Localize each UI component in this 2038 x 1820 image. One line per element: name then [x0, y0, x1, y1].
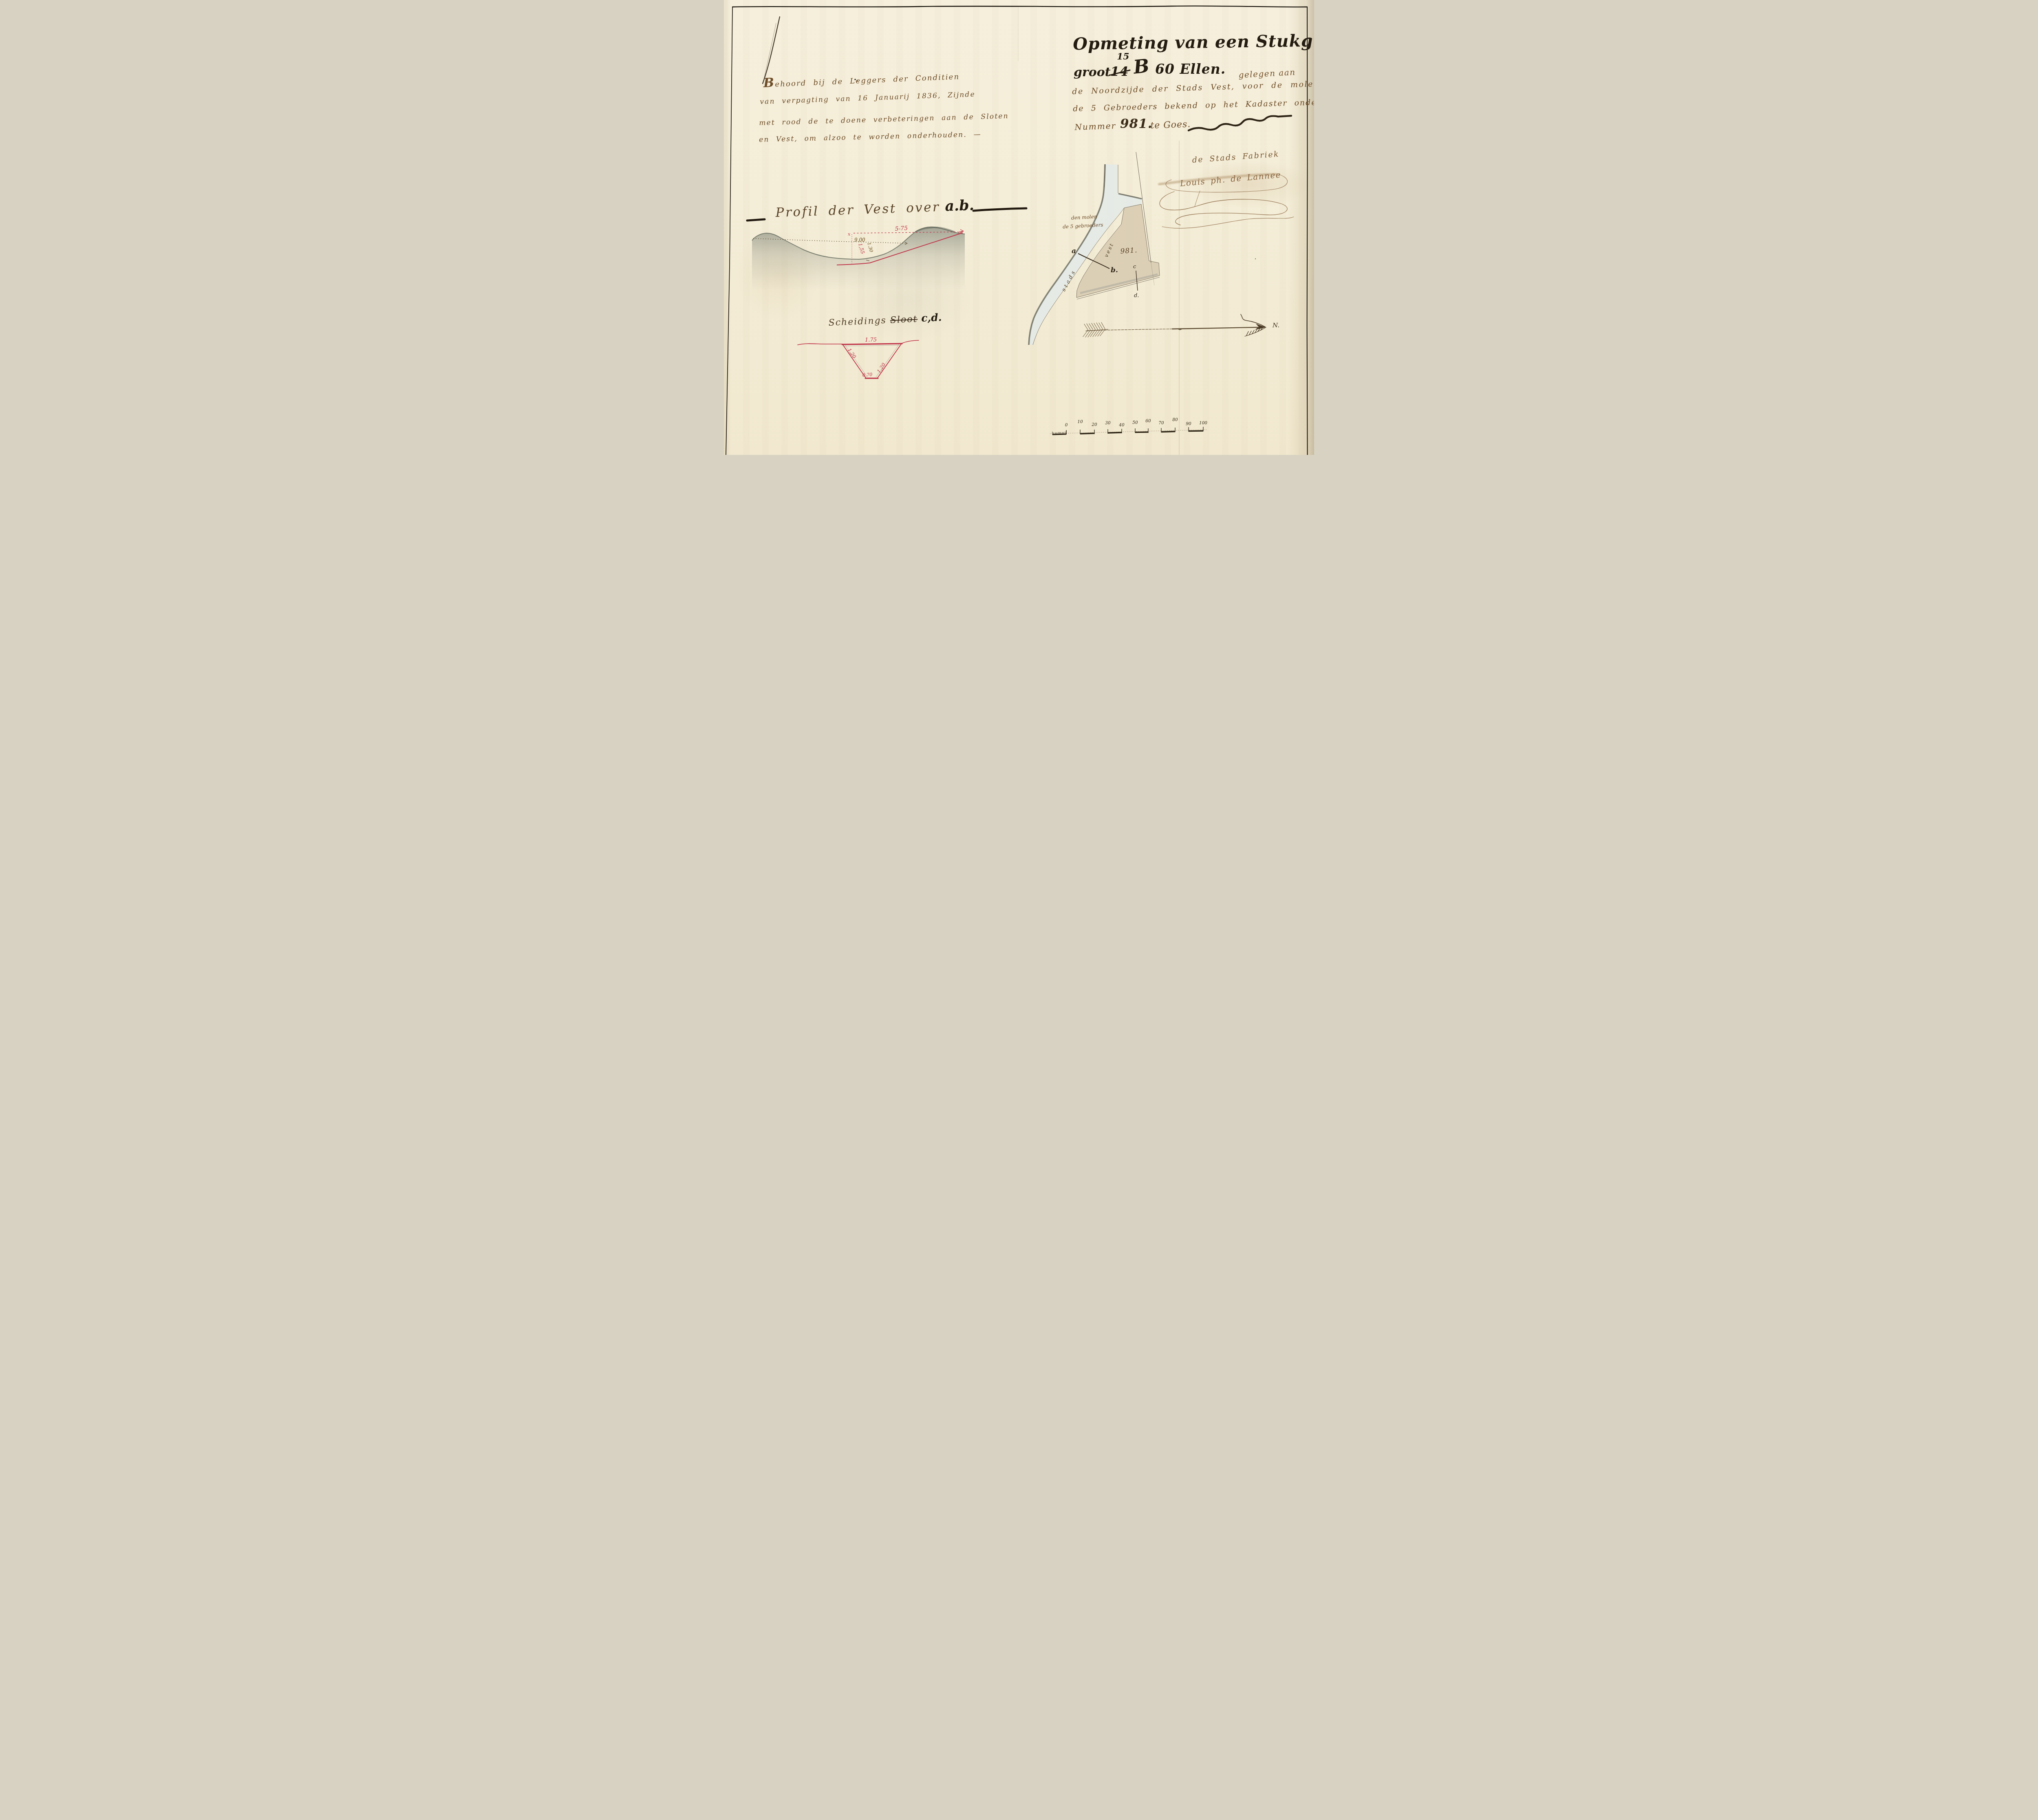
- title-area-unit-symbol: B: [1132, 55, 1150, 78]
- scale-label: 40: [1118, 423, 1125, 428]
- scale-bar-labels: 0 10 20 30 40 50 60 70 80 90 100: [1065, 417, 1208, 428]
- title-parcel-number: 981.: [1120, 117, 1153, 131]
- scale-bar: [1050, 427, 1207, 435]
- scale-label: 30: [1105, 421, 1111, 426]
- profile-depth-new-label: 1,55: [857, 243, 866, 255]
- sloot-right-side-label: 1,20: [876, 362, 887, 374]
- survey-document-page: 5-75 x 9.00 1.30 1,55 1.75 1,20 1,20 0.7…: [724, 0, 1314, 455]
- title-word-nummer: Nummer: [1074, 121, 1116, 132]
- sloot-left-side-label: 1,20: [847, 347, 858, 360]
- scale-label: 60: [1145, 419, 1151, 424]
- scale-label: 20: [1091, 422, 1097, 427]
- profile-depth-existing-label: 1.30: [866, 242, 874, 253]
- scale-label: 10: [1077, 419, 1083, 424]
- document-title: Opmeting van een Stukgrond: [1073, 30, 1314, 54]
- profile-x-marker: x: [848, 232, 851, 237]
- arrow-head: [1241, 314, 1266, 336]
- map-parcel-number: 981.: [1120, 246, 1138, 256]
- arrow-feather: [1083, 322, 1108, 337]
- pen-flourish-topleft: [763, 17, 780, 84]
- title-area-corrected-value: 15: [1117, 51, 1129, 62]
- north-arrow: [1083, 314, 1266, 337]
- sloot-bottom-width-label: 0.70: [862, 372, 872, 378]
- scale-label: 50: [1132, 420, 1138, 425]
- title-area-old-value: 14: [1110, 64, 1129, 79]
- sloot-trapezoid-drawing: 1.75 1,20 1,20 0.70: [798, 337, 919, 378]
- title-word-groot: groot: [1074, 65, 1111, 79]
- scale-label: 90: [1186, 421, 1191, 426]
- vest-profile-drawing: 5-75 x 9.00 1.30 1,55: [752, 225, 965, 290]
- map-point-a: a: [1072, 247, 1076, 255]
- map-point-b: b.: [1111, 266, 1118, 274]
- title-flourish-line: [1189, 116, 1291, 130]
- situation-map: den molen de 5 gebroeders 981. stads ves…: [1029, 152, 1160, 345]
- sloot-top-width-label: 1.75: [865, 337, 877, 343]
- mill-label-line1: den molen: [1071, 214, 1097, 221]
- scale-label: 0: [1065, 423, 1068, 428]
- profile-wash: [752, 227, 965, 290]
- profile-top-width-label: 5-75: [895, 225, 908, 232]
- title-place: te Goes.: [1150, 119, 1191, 131]
- profile-bottom-width-label: 9.00: [854, 237, 865, 243]
- title-area-rest: 60 Ellen.: [1155, 61, 1226, 77]
- scale-label: 70: [1158, 421, 1164, 426]
- map-point-c: c: [1133, 264, 1136, 270]
- scale-label: 80: [1172, 417, 1178, 422]
- profile-heading-points: a.b.: [945, 197, 975, 214]
- sloot-heading-points: c,d.: [921, 311, 942, 324]
- sloot-heading-word2: Sloot: [890, 314, 918, 325]
- north-label: N.: [1272, 322, 1279, 329]
- map-point-d: d.: [1134, 293, 1139, 299]
- scale-label: 100: [1199, 421, 1207, 426]
